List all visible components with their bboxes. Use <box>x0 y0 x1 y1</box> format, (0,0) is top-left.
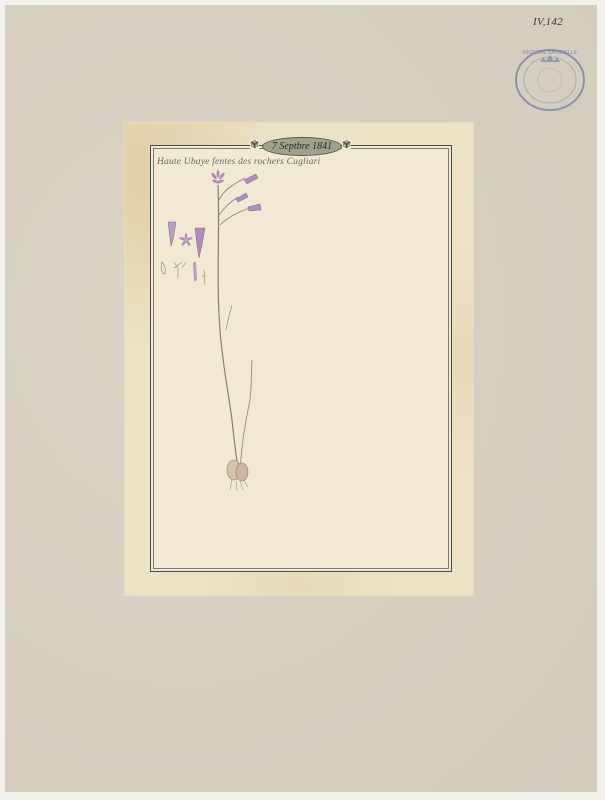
catalog-number: IV,142 <box>533 16 563 28</box>
botanical-illustration <box>150 160 310 510</box>
date-cartouche: 7 Septbre 1841 <box>262 137 342 156</box>
right-ornament-icon: ✾ <box>342 139 351 151</box>
date-text: 7 Septbre 1841 <box>272 141 332 152</box>
svg-text:HISTOIRE NATURELLE: HISTOIRE NATURELLE <box>523 50 578 56</box>
museum-stamp-icon: HISTOIRE NATURELLE <box>508 40 592 112</box>
left-ornament-icon: ✾ <box>250 139 259 151</box>
